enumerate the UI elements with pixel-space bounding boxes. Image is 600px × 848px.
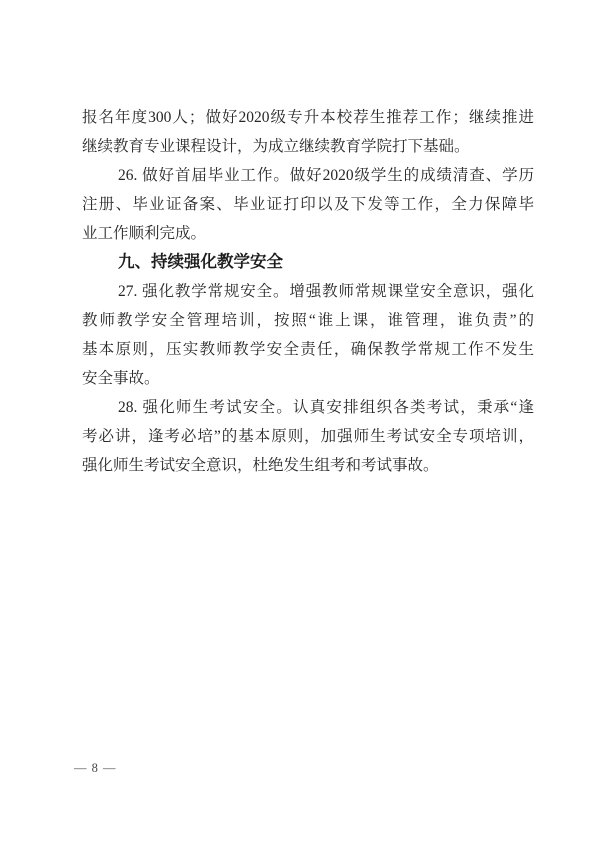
text-block: 报名年度300人；做好2020级专升本校荐生推荐工作；继续推进 继续教育专业课程… (82, 103, 534, 480)
text-line: 安全事故。 (82, 364, 534, 393)
text-line: 考必讲，逢考必培”的基本原则，加强师生考试安全专项培训， (82, 422, 534, 451)
section-heading: 九、持续强化教学安全 (82, 248, 534, 277)
text-line: 基本原则，压实教师教学安全责任，确保教学常规工作不发生 (82, 335, 534, 364)
text-line: 27. 强化教学常规安全。增强教师常规课堂安全意识，强化 (82, 277, 534, 306)
text-line: 教师教学安全管理培训，按照“谁上课，谁管理，谁负责”的 (82, 306, 534, 335)
text-line: 26. 做好首届毕业工作。做好2020级学生的成绩清查、学历 (82, 161, 534, 190)
text-line: 报名年度300人；做好2020级专升本校荐生推荐工作；继续推进 (82, 103, 534, 132)
paragraph-item-26: 26. 做好首届毕业工作。做好2020级学生的成绩清查、学历 注册、毕业证备案、… (82, 161, 534, 248)
text-line: 业工作顺利完成。 (82, 219, 534, 248)
paragraph-item-27: 27. 强化教学常规安全。增强教师常规课堂安全意识，强化 教师教学安全管理培训，… (82, 277, 534, 393)
text-line: 注册、毕业证备案、毕业证打印以及下发等工作，全力保障毕 (82, 190, 534, 219)
section-heading-text: 九、持续强化教学安全 (82, 248, 534, 277)
page-number: — 8 — (74, 760, 117, 776)
paragraph-continuation: 报名年度300人；做好2020级专升本校荐生推荐工作；继续推进 继续教育专业课程… (82, 103, 534, 161)
text-line: 强化师生考试安全意识，杜绝发生组考和考试事故。 (82, 451, 534, 480)
text-line: 继续教育专业课程设计，为成立继续教育学院打下基础。 (82, 132, 534, 161)
text-line: 28. 强化师生考试安全。认真安排组织各类考试，秉承“逢 (82, 393, 534, 422)
document-page: 报名年度300人；做好2020级专升本校荐生推荐工作；继续推进 继续教育专业课程… (0, 0, 600, 848)
paragraph-item-28: 28. 强化师生考试安全。认真安排组织各类考试，秉承“逢 考必讲，逢考必培”的基… (82, 393, 534, 480)
